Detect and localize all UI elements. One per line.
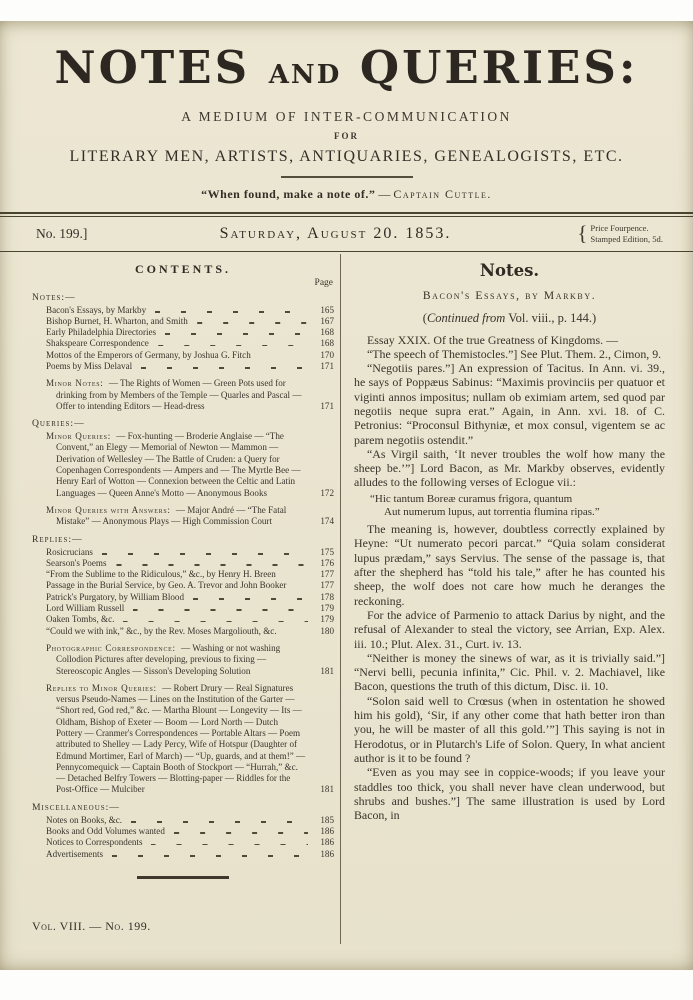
journal-audience: LITERARY MEN, ARTISTS, ANTIQUARIES, GENE… xyxy=(0,148,693,166)
entry-text: — Robert Drury — Real Signatures versus … xyxy=(56,683,305,795)
article-title: Bacon's Essays, by Markby. xyxy=(354,290,665,302)
dash-leader xyxy=(131,821,308,823)
issue-band: No. 199.] Saturday, August 20. 1853. { P… xyxy=(0,217,693,251)
entry-text: Bishop Burnet, H. Wharton, and Smith xyxy=(46,316,188,327)
journal-title-queries: QUERIES: xyxy=(360,41,639,94)
section-items: Notes on Books, &c. 185 Books and Odd Vo… xyxy=(46,815,334,860)
contents-section-queries: Queries:— Minor Queries: — Fox-hunting —… xyxy=(32,418,334,527)
contents-entry: Advertisements 186 xyxy=(46,849,334,860)
dash-leader xyxy=(102,553,308,555)
entry-page: 174 xyxy=(314,516,334,527)
paragraph: “Even as you may see in coppice-woods; i… xyxy=(354,765,665,822)
issue-number: No. 199.] xyxy=(36,226,166,242)
entry-page: 172 xyxy=(314,488,334,499)
price-lines: Price Fourpence. Stamped Edition, 5d. xyxy=(590,223,663,244)
entry-page: 186 xyxy=(314,849,334,860)
scanned-page: { "masthead": { "title_notes": "NOTES", … xyxy=(0,0,693,1000)
contents-entry: Early Philadelphia Directories 168 xyxy=(46,327,334,338)
entry-page: 186 xyxy=(314,826,334,837)
continued-rest: Vol. viii., p. 144. xyxy=(505,311,592,325)
contents-section-notes: Notes:— Bacon's Essays, by Markby 165 Bi… xyxy=(32,292,334,413)
journal-title: NOTES AND QUERIES: xyxy=(0,43,693,100)
entry-page: 185 xyxy=(314,815,334,826)
paragraph: Essay XXIX. Of the true Greatness of Kin… xyxy=(354,333,665,347)
page-column-label: Page xyxy=(32,278,334,288)
entry-text: Mottos of the Emperors of Germany, by Jo… xyxy=(46,350,251,360)
entry-text: Early Philadelphia Directories xyxy=(46,327,156,338)
entry-page: 168 xyxy=(314,338,334,349)
contents-column: CONTENTS. Page Notes:— Bacon's Essays, b… xyxy=(32,252,340,944)
entry-page: 180 xyxy=(314,626,334,637)
dash-leader xyxy=(141,367,308,369)
entry-text: Searson's Poems xyxy=(46,558,107,569)
article-body: Essay XXIX. Of the true Greatness of Kin… xyxy=(354,333,665,823)
contents-entry: Notes on Books, &c. 185 xyxy=(46,815,334,826)
contents-entry: Searson's Poems 176 xyxy=(46,558,334,569)
contents-entry: Shakspeare Correspondence 168 xyxy=(46,338,334,349)
price-line-1: Price Fourpence. xyxy=(590,223,648,233)
entry-text: — Fox-hunting — Broderie Anglaise — “The… xyxy=(56,431,301,497)
dash-leader xyxy=(158,345,308,347)
entry-text: Lord William Russell xyxy=(46,603,124,614)
continued-from-line: (Continued from Vol. viii., p. 144.) xyxy=(354,311,665,326)
motto-dash: — xyxy=(378,187,390,201)
paragraph: “The speech of Themistocles.”] See Plut.… xyxy=(354,347,665,361)
article-column: Notes. Bacon's Essays, by Markby. (Conti… xyxy=(341,252,665,944)
entry-text: Bacon's Essays, by Markby xyxy=(46,305,146,316)
motto-attribution: Captain Cuttle. xyxy=(393,187,492,201)
contents-entry: Notices to Correspondents 186 xyxy=(46,837,334,848)
section-label: Notes:— xyxy=(32,292,334,303)
entry-page: 178 xyxy=(314,592,334,603)
entry-page: 179 xyxy=(314,614,334,625)
contents-section-miscellaneous: Miscellaneous:— Notes on Books, &c. 185 … xyxy=(32,802,334,860)
contents-entry: Bacon's Essays, by Markby 165 xyxy=(46,305,334,316)
paragraph: “Solon said well to Crœsus (when in oste… xyxy=(354,694,665,765)
contents-entry: “From the Sublime to the Ridiculous,” &c… xyxy=(46,569,334,580)
contents-entry: Mottos of the Emperors of Germany, by Jo… xyxy=(46,350,334,361)
entry-text: Rosicrucians xyxy=(46,547,93,558)
columns: CONTENTS. Page Notes:— Bacon's Essays, b… xyxy=(0,252,693,944)
paragraph: The meaning is, however, doubtless corre… xyxy=(354,522,665,608)
entry-text: Shakspeare Correspondence xyxy=(46,338,149,349)
entry-page: 177 xyxy=(314,569,334,580)
section-items: Minor Queries: — Fox-hunting — Broderie … xyxy=(46,431,334,527)
entry-page: 167 xyxy=(314,316,334,327)
contents-entry: Photographic Correspondence: — Washing o… xyxy=(46,643,334,677)
entry-lead: Replies to Minor Queries: xyxy=(46,683,157,693)
entry-text: Oaken Tombs, &c. xyxy=(46,614,114,625)
motto-quote: “When found, make a note of.” xyxy=(201,187,375,201)
dash-leader xyxy=(155,311,308,313)
paragraph: “Neither is money the sinews of war, as … xyxy=(354,651,665,694)
contents-entry: Minor Queries: — Fox-hunting — Broderie … xyxy=(46,431,334,499)
dash-leader xyxy=(151,844,308,846)
paragraph: “Negotiis pares.”] An expression of Taci… xyxy=(354,361,665,447)
entry-lead: Minor Queries: xyxy=(46,431,111,441)
verse-quotation: “Hic tantum Boreæ curamus frigora, quant… xyxy=(370,493,665,519)
continued-close-paren: ) xyxy=(592,311,596,325)
entry-page: 181 xyxy=(314,666,334,677)
paragraph: For the advice of Parmenio to attack Dar… xyxy=(354,608,665,651)
page-scan: NOTES AND QUERIES: A MEDIUM OF INTER-COM… xyxy=(0,21,693,970)
journal-title-and: AND xyxy=(269,60,342,90)
section-label: Miscellaneous:— xyxy=(32,802,334,813)
contents-end-rule xyxy=(137,876,229,879)
paragraph: “As Virgil saith, ‘It never troubles the… xyxy=(354,447,665,490)
entry-lead: Minor Queries with Answers: xyxy=(46,505,171,515)
dash-leader xyxy=(116,564,309,566)
entry-page: 165 xyxy=(314,305,334,316)
entry-lead: Photographic Correspondence: xyxy=(46,643,176,653)
entry-text: Poems by Miss Delaval xyxy=(46,361,132,372)
contents-entry: “Could we with ink,” &c., by the Rev. Mo… xyxy=(46,626,334,637)
entry-text: Advertisements xyxy=(46,849,103,860)
entry-page: 176 xyxy=(314,558,334,569)
contents-entry: Books and Odd Volumes wanted 186 xyxy=(46,826,334,837)
entry-page: 181 xyxy=(314,784,334,795)
dash-leader xyxy=(165,333,308,335)
price-block: { Price Fourpence. Stamped Edition, 5d. xyxy=(505,221,663,246)
notes-section-heading: Notes. xyxy=(354,261,665,280)
entry-text: Notes on Books, &c. xyxy=(46,815,122,826)
contents-entry: Patrick's Purgatory, by William Blood 17… xyxy=(46,592,334,603)
masthead: NOTES AND QUERIES: A MEDIUM OF INTER-COM… xyxy=(0,21,693,202)
entry-page: 171 xyxy=(314,361,334,372)
dash-leader xyxy=(197,322,308,324)
entry-page: 175 xyxy=(314,547,334,558)
journal-motto: “When found, make a note of.” — Captain … xyxy=(0,187,693,202)
contents-entry: Replies to Minor Queries: — Robert Drury… xyxy=(46,683,334,796)
section-items: Bacon's Essays, by Markby 165 Bishop Bur… xyxy=(46,305,334,413)
section-label: Replies:— xyxy=(32,534,334,545)
price-brace: { xyxy=(577,221,587,246)
entry-text: Passage in the Burial Service, by Geo. A… xyxy=(46,580,286,590)
entry-page: 179 xyxy=(314,603,334,614)
issue-date: Saturday, August 20. 1853. xyxy=(166,225,505,243)
entry-page: 168 xyxy=(314,327,334,338)
entry-page: 170 xyxy=(314,350,334,361)
contents-entry: Oaken Tombs, &c. 179 xyxy=(46,614,334,625)
contents-entry: Passage in the Burial Service, by Geo. A… xyxy=(46,580,334,591)
section-items: Rosicrucians 175 Searson's Poems 176 “Fr… xyxy=(46,547,334,796)
contents-entry: Lord William Russell 179 xyxy=(46,603,334,614)
entry-text: “From the Sublime to the Ridiculous,” &c… xyxy=(46,569,276,579)
volume-footer: Vol. VIII. — No. 199. xyxy=(32,919,334,934)
continued-italic: Continued from xyxy=(427,311,505,325)
contents-heading: CONTENTS. xyxy=(32,262,334,277)
contents-entry: Poems by Miss Delaval 171 xyxy=(46,361,334,372)
contents-entry: Minor Queries with Answers: — Major Andr… xyxy=(46,505,334,528)
journal-title-notes: NOTES xyxy=(54,41,250,94)
journal-subtitle: A MEDIUM OF INTER-COMMUNICATION xyxy=(0,109,693,125)
entry-page: 186 xyxy=(314,837,334,848)
dash-leader xyxy=(133,609,308,611)
entry-page: 171 xyxy=(314,401,334,412)
dash-leader xyxy=(174,832,308,834)
entry-page: 177 xyxy=(314,580,334,591)
verse-line-1: “Hic tantum Boreæ curamus frigora, quant… xyxy=(370,493,665,506)
contents-entry: Minor Notes: — The Rights of Women — Gre… xyxy=(46,378,334,412)
entry-text: Patrick's Purgatory, by William Blood xyxy=(46,592,184,603)
section-label: Queries:— xyxy=(32,418,334,429)
dash-leader xyxy=(193,598,308,600)
contents-entry: Bishop Burnet, H. Wharton, and Smith 167 xyxy=(46,316,334,327)
entry-text: “Could we with ink,” &c., by the Rev. Mo… xyxy=(46,626,277,636)
entry-text: Books and Odd Volumes wanted xyxy=(46,826,165,837)
entry-text: Notices to Correspondents xyxy=(46,837,142,848)
entry-lead: Minor Notes: xyxy=(46,378,104,388)
price-line-2: Stamped Edition, 5d. xyxy=(590,234,663,244)
verse-line-2: Aut numerum lupus, aut torrentia flumina… xyxy=(384,506,665,519)
journal-for: FOR xyxy=(0,131,693,141)
dash-leader xyxy=(123,621,308,623)
contents-entry: Rosicrucians 175 xyxy=(46,547,334,558)
dash-leader xyxy=(112,855,308,857)
contents-section-replies: Replies:— Rosicrucians 175 Searson's Poe… xyxy=(32,534,334,796)
masthead-rule xyxy=(281,176,413,178)
